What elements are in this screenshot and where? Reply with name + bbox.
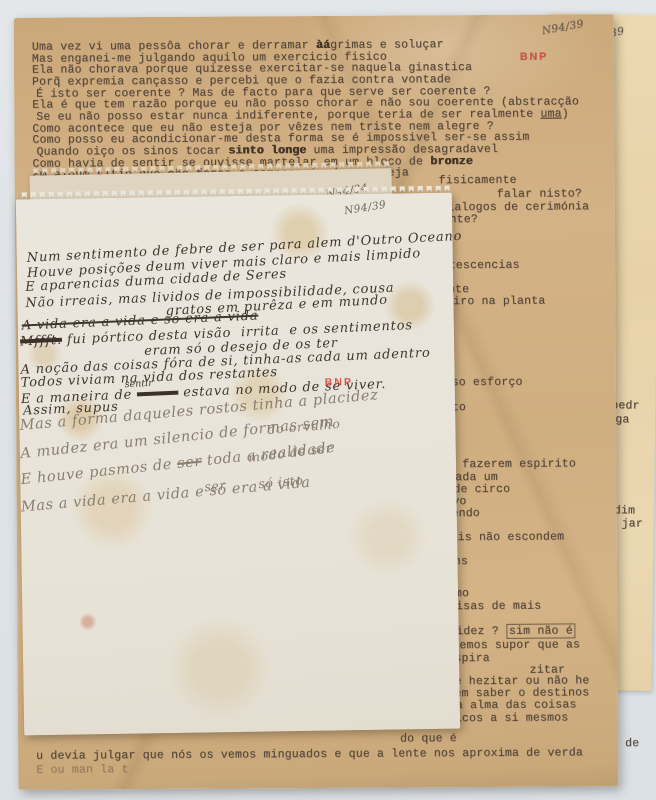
bnp-stamp: BNP	[325, 376, 353, 388]
archival-number: N94/39	[541, 19, 585, 38]
typed-frag-5: jar	[622, 518, 643, 530]
manuscript-annotations: N94/39BNPsentir	[16, 193, 460, 736]
bnp-stamp: BNP	[520, 52, 548, 64]
photo-backdrop: N94/39Ppedrtigadimjar Uma vez vi uma pes…	[0, 0, 656, 800]
manuscript-page: Num sentimento de febre de ser para alem…	[16, 193, 460, 736]
typed-frag-4: dim	[614, 505, 635, 517]
typed-frag-35: E ou man la t	[36, 764, 128, 776]
typed-frag-34: u devia julgar que nós os vemos minguado…	[36, 747, 583, 762]
typed-frag-33: de	[625, 738, 639, 750]
typed-frag-1: falar nisto?	[497, 188, 582, 200]
archival-number: N94/39	[343, 199, 387, 217]
typed-frag-0: fisicamente	[439, 175, 517, 187]
typed-frag-32: do que é	[400, 733, 457, 745]
note-2: sentir	[124, 378, 153, 390]
typed-frag-30: a alma das coisas	[456, 699, 577, 711]
